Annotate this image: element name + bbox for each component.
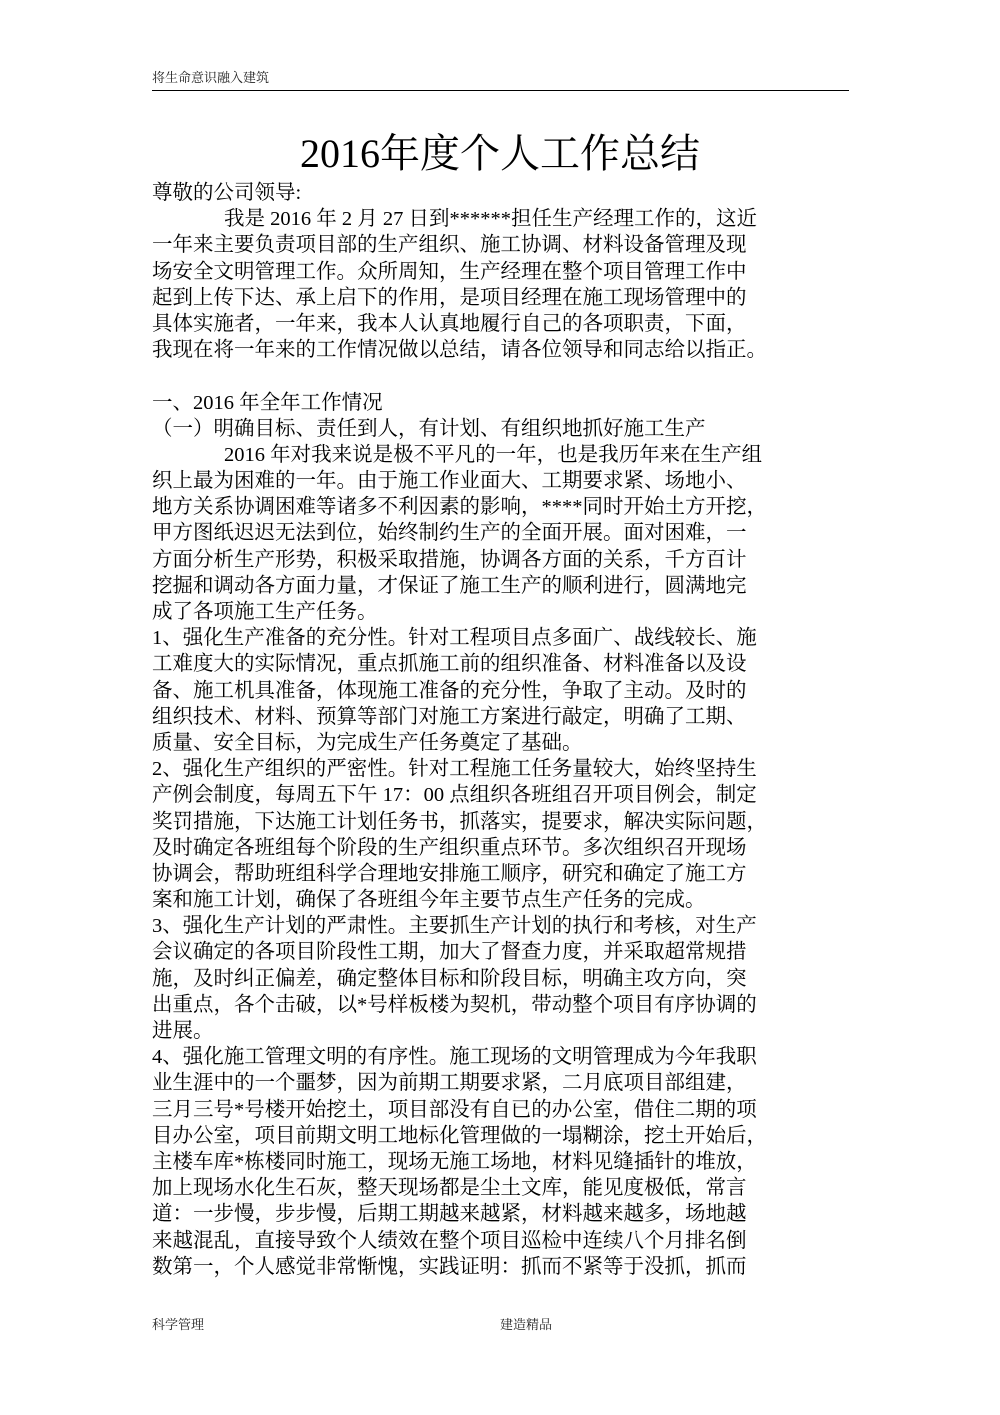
paragraph-line: 2016 年对我来说是极不平凡的一年，也是我历年来在生产组 [152, 442, 852, 468]
paragraph-line: 一年来主要负责项目部的生产组织、施工协调、材料设备管理及现 [152, 232, 852, 258]
paragraph-line: 加上现场水化生石灰，整天现场都是尘土文库，能见度极低，常言 [152, 1175, 852, 1201]
paragraph-line: 具体实施者，一年来，我本人认真地履行自己的各项职责，下面， [152, 311, 852, 337]
blank-line [152, 363, 852, 389]
paragraph-line: 来越混乱，直接导致个人绩效在整个项目巡检中连续八个月排名倒 [152, 1228, 852, 1254]
paragraph-line: 方面分析生产形势，积极采取措施，协调各方面的关系，千方百计 [152, 547, 852, 573]
paragraph-line: 挖掘和调动各方面力量，才保证了施工生产的顺利进行，圆满地完 [152, 573, 852, 599]
paragraph-line: 起到上传下达、承上启下的作用，是项目经理在施工现场管理中的 [152, 285, 852, 311]
paragraph-line: 4、强化施工管理文明的有序性。施工现场的文明管理成为今年我职 [152, 1044, 852, 1070]
paragraph-line: 成了各项施工生产任务。 [152, 599, 852, 625]
subsection-heading: （一）明确目标、责任到人，有计划、有组织地抓好施工生产 [152, 416, 852, 442]
paragraph-line: 及时确定各班组每个阶段的生产组织重点环节。多次组织召开现场 [152, 835, 852, 861]
greeting: 尊敬的公司领导: [152, 180, 852, 206]
document-title: 2016年度个人工作总结 [0, 128, 1000, 180]
paragraph-line: 我是 2016 年 2 月 27 日到******担任生产经理工作的，这近 [152, 206, 852, 232]
page-header: 将生命意识融入建筑 [152, 70, 849, 91]
paragraph-line: 奖罚措施，下达施工计划任务书，抓落实，提要求，解决实际问题， [152, 809, 852, 835]
paragraph-line: 场安全文明管理工作。众所周知，生产经理在整个项目管理工作中 [152, 259, 852, 285]
paragraph-line: 主楼车库*栋楼同时施工，现场无施工场地，材料见缝插针的堆放， [152, 1149, 852, 1175]
footer-right-text: 建造精品 [500, 1314, 552, 1333]
numbered-item-2: 2、强化生产组织的严密性。针对工程施工任务量较大，始终坚持生 产例会制度，每周五… [152, 756, 852, 913]
paragraph-line: 地方关系协调困难等诸多不利因素的影响，****同时开始土方开挖， [152, 494, 852, 520]
section-heading: 一、2016 年全年工作情况 [152, 390, 852, 416]
paragraph-line: 3、强化生产计划的严肃性。主要抓生产计划的执行和考核，对生产 [152, 913, 852, 939]
paragraph-line: 施，及时纠正偏差，确定整体目标和阶段目标，明确主攻方向，突 [152, 966, 852, 992]
paragraph-line: 数第一，个人感觉非常惭愧，实践证明：抓而不紧等于没抓，抓而 [152, 1254, 852, 1280]
paragraph-line: 协调会，帮助班组科学合理地安排施工顺序，研究和确定了施工方 [152, 861, 852, 887]
document-body: 尊敬的公司领导: 我是 2016 年 2 月 27 日到******担任生产经理… [152, 180, 852, 1280]
paragraph-line: 织上最为困难的一年。由于施工作业面大、工期要求紧、场地小、 [152, 468, 852, 494]
paragraph-line: 业生涯中的一个噩梦，因为前期工期要求紧，二月底项目部组建， [152, 1070, 852, 1096]
paragraph-line: 我现在将一年来的工作情况做以总结，请各位领导和同志给以指正。 [152, 337, 852, 363]
numbered-item-3: 3、强化生产计划的严肃性。主要抓生产计划的执行和考核，对生产 会议确定的各项目阶… [152, 913, 852, 1044]
paragraph-line: 产例会制度，每周五下午 17：00 点组织各班组召开项目例会，制定 [152, 782, 852, 808]
paragraph-line: 质量、安全目标，为完成生产任务奠定了基础。 [152, 730, 852, 756]
footer-left-text: 科学管理 [152, 1314, 204, 1333]
paragraph-line: 工难度大的实际情况，重点抓施工前的组织准备、材料准备以及设 [152, 651, 852, 677]
numbered-item-1: 1、强化生产准备的充分性。针对工程项目点多面广、战线较长、施 工难度大的实际情况… [152, 625, 852, 756]
paragraph-line: 出重点，各个击破，以*号样板楼为契机，带动整个项目有序协调的 [152, 992, 852, 1018]
paragraph-line: 会议确定的各项目阶段性工期，加大了督查力度，并采取超常规措 [152, 939, 852, 965]
header-text: 将生命意识融入建筑 [152, 70, 269, 85]
paragraph-line: 道：一步慢，步步慢，后期工期越来越紧，材料越来越多，场地越 [152, 1201, 852, 1227]
paragraph-line: 进展。 [152, 1018, 852, 1044]
paragraph-line: 2、强化生产组织的严密性。针对工程施工任务量较大，始终坚持生 [152, 756, 852, 782]
intro-paragraph: 我是 2016 年 2 月 27 日到******担任生产经理工作的，这近 一年… [152, 206, 852, 363]
paragraph-line: 案和施工计划，确保了各班组今年主要节点生产任务的完成。 [152, 887, 852, 913]
paragraph-line: 组织技术、材料、预算等部门对施工方案进行敲定，明确了工期、 [152, 704, 852, 730]
paragraph-line: 备、施工机具准备，体现施工准备的充分性，争取了主动。及时的 [152, 678, 852, 704]
paragraph-line: 1、强化生产准备的充分性。针对工程项目点多面广、战线较长、施 [152, 625, 852, 651]
section-paragraph: 2016 年对我来说是极不平凡的一年，也是我历年来在生产组 织上最为困难的一年。… [152, 442, 852, 625]
paragraph-line: 三月三号*号楼开始挖土，项目部没有自已的办公室，借住二期的项 [152, 1097, 852, 1123]
numbered-item-4: 4、强化施工管理文明的有序性。施工现场的文明管理成为今年我职 业生涯中的一个噩梦… [152, 1044, 852, 1280]
paragraph-line: 甲方图纸迟迟无法到位，始终制约生产的全面开展。面对困难，一 [152, 520, 852, 546]
paragraph-line: 目办公室，项目前期文明工地标化管理做的一塌糊涂，挖土开始后， [152, 1123, 852, 1149]
